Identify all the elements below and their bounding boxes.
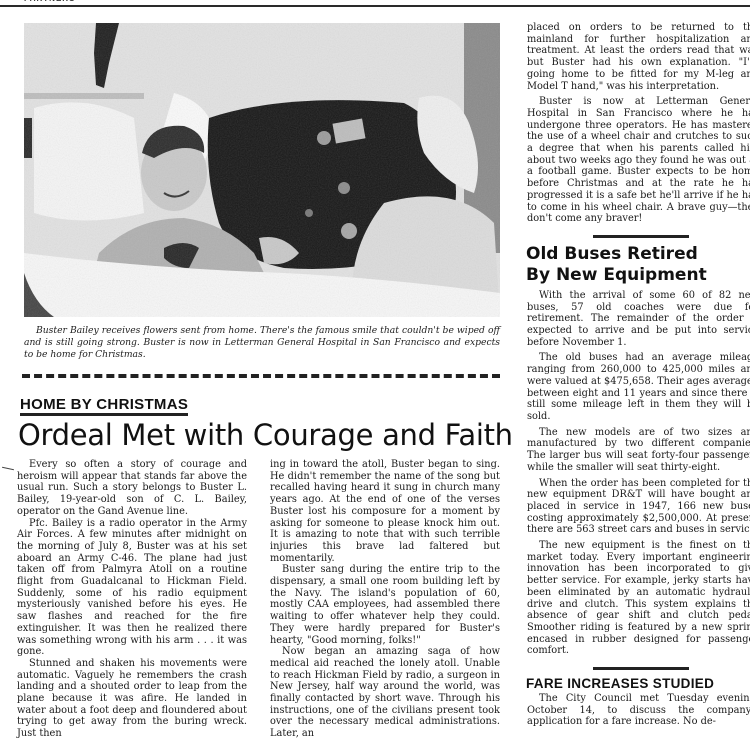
paragraph: ing in toward the atoll, Buster began to…: [270, 459, 500, 564]
story-kicker: HOME BY CHRISTMAS: [20, 396, 188, 416]
buses-headline: Old Buses Retired By New Equipment: [526, 244, 750, 286]
buses-paragraph: The old buses had an average mileage ran…: [527, 352, 750, 422]
fare-paragraph: The City Council met Tuesday evening, Oc…: [527, 693, 750, 728]
story-column-1: Every so often a story of courage and he…: [17, 459, 247, 740]
buses-paragraph: With the arrival of some 60 of 82 new bu…: [527, 290, 750, 349]
story-column-2: ing in toward the atoll, Buster began to…: [270, 459, 500, 740]
short-divider: [593, 235, 689, 238]
page-header-rule: PARTNERS: [0, 0, 750, 7]
buses-paragraph: When the order has been completed for th…: [527, 478, 750, 537]
masthead-fragment: PARTNERS: [24, 0, 75, 3]
buses-paragraph: The new equipment is the finest on the m…: [527, 540, 750, 657]
paragraph: Pfc. Bailey is a radio operator in the A…: [17, 518, 247, 658]
buses-headline-line-2: By New Equipment: [526, 265, 750, 286]
section-divider: [22, 374, 500, 378]
margin-pencil-mark: [2, 467, 14, 470]
right-column: placed on orders to be returned to the m…: [527, 22, 750, 728]
fare-headline: FARE INCREASES STUDIED: [526, 676, 750, 692]
paragraph: Buster sang during the entire trip to th…: [270, 564, 500, 646]
continuation-paragraph: Buster is now at Letterman General Hospi…: [527, 96, 750, 225]
news-photo: [24, 23, 500, 317]
paragraph: Stunned and shaken his movements were au…: [17, 658, 247, 740]
buses-paragraph: The new models are of two sizes and manu…: [527, 427, 750, 474]
photo-caption: Buster Bailey receives flowers sent from…: [24, 325, 500, 361]
short-divider: [593, 667, 689, 670]
story-headline: Ordeal Met with Courage and Faith: [18, 418, 513, 452]
paragraph: Every so often a story of courage and he…: [17, 459, 247, 518]
buses-headline-line-1: Old Buses Retired: [526, 244, 750, 265]
photo-illustration: [24, 23, 500, 317]
continuation-paragraph: placed on orders to be returned to the m…: [527, 22, 750, 92]
paragraph: Now began an amazing saga of how medical…: [270, 646, 500, 740]
